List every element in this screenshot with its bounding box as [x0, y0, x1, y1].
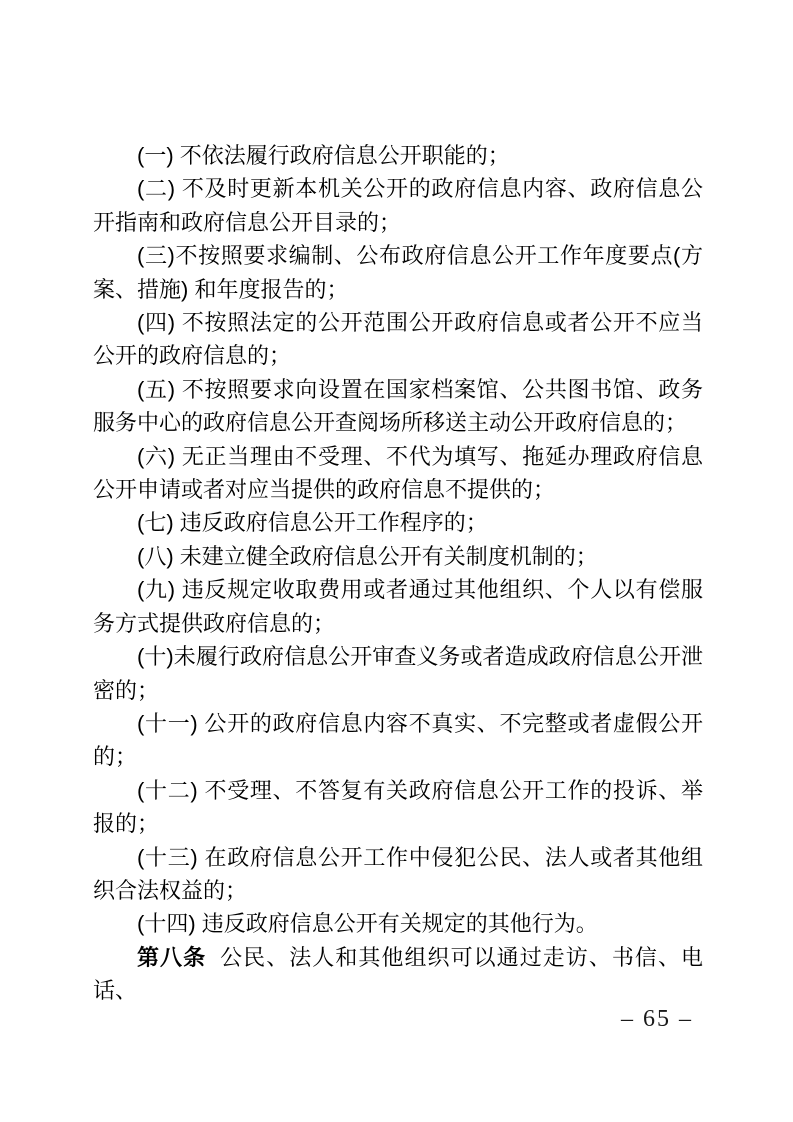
clause-item-6: (六) 无正当理由不受理、不代为填写、拖延办理政府信息公开申请或者对应当提供的政… [93, 440, 703, 507]
clause-item-8: (八) 未建立健全政府信息公开有关制度机制的； [93, 540, 703, 573]
clause-item-14: (十四) 违反政府信息公开有关规定的其他行为。 [93, 907, 703, 940]
article-number: 第八条 [137, 945, 206, 970]
clause-item-4: (四) 不按照法定的公开范围公开政府信息或者公开不应当公开的政府信息的； [93, 306, 703, 373]
clause-item-2: (二) 不及时更新本机关公开的政府信息内容、政府信息公开指南和政府信息公开目录的… [93, 172, 703, 239]
clause-item-13: (十三) 在政府信息公开工作中侵犯公民、法人或者其他组织合法权益的； [93, 841, 703, 908]
clause-item-9: (九) 违反规定收取费用或者通过其他组织、个人以有偿服务方式提供政府信息的； [93, 573, 703, 640]
clause-item-3: (三)不按照要求编制、公布政府信息公开工作年度要点(方案、措施) 和年度报告的； [93, 239, 703, 306]
article-paragraph: 第八条公民、法人和其他组织可以通过走访、书信、电话、 [93, 941, 703, 1008]
clause-item-1: (一) 不依法履行政府信息公开职能的； [93, 139, 703, 172]
clause-item-5: (五) 不按照要求向设置在国家档案馆、公共图书馆、政务服务中心的政府信息公开查阅… [93, 373, 703, 440]
clause-item-12: (十二) 不受理、不答复有关政府信息公开工作的投诉、举报的； [93, 774, 703, 841]
page-number: – 65 – [621, 1006, 693, 1033]
document-page: (一) 不依法履行政府信息公开职能的； (二) 不及时更新本机关公开的政府信息内… [0, 0, 793, 1122]
text-block: (一) 不依法履行政府信息公开职能的； (二) 不及时更新本机关公开的政府信息内… [93, 139, 703, 1008]
clause-item-10: (十)未履行政府信息公开审查义务或者造成政府信息公开泄密的； [93, 640, 703, 707]
clause-item-11: (十一) 公开的政府信息内容不真实、不完整或者虚假公开的； [93, 707, 703, 774]
clause-item-7: (七) 违反政府信息公开工作程序的； [93, 506, 703, 539]
